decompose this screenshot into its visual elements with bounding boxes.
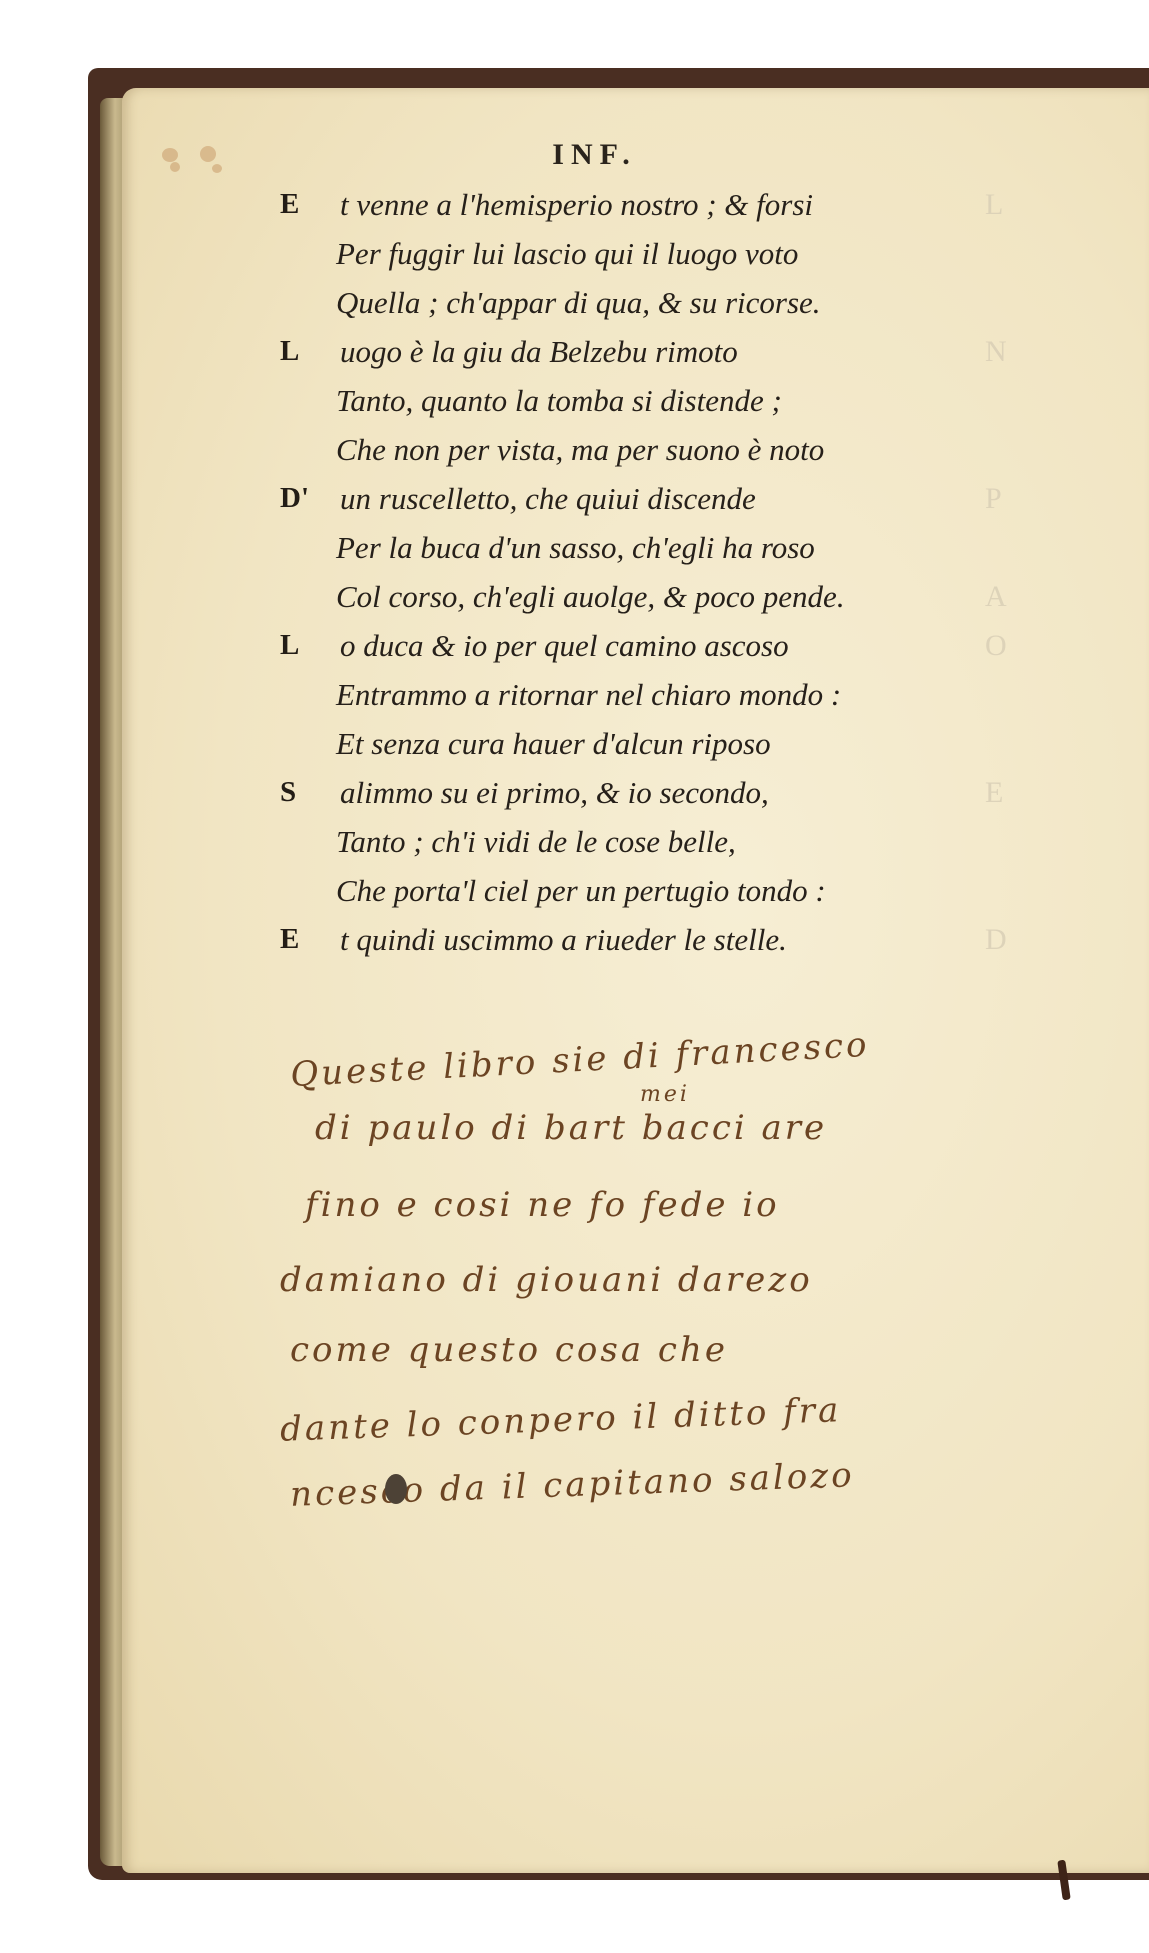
inscription-line: di paulo di bart bacci are [315,1108,827,1148]
tercet-initial: E [280,915,299,964]
verse-line: Et senza cura hauer d'alcun riposo [280,719,960,768]
verse-block: Et venne a l'hemisperio nostro ; & forsi… [280,180,960,964]
verse-line: Et venne a l'hemisperio nostro ; & forsi [280,180,960,229]
showthrough-text: LNPAOED [985,180,1045,964]
running-head: INF. [0,138,1149,172]
verse-line: Col corso, ch'egli auolge, & poco pende. [280,572,960,621]
verse-line: Che porta'l ciel per un pertugio tondo : [280,866,960,915]
verse-line: D'un ruscelletto, che quiui discende [280,474,960,523]
verse-line: Salimmo su ei primo, & io secondo, [280,768,960,817]
tercet-initial: E [280,180,299,229]
inscription-line: come questo cosa che [290,1330,728,1370]
tercet-initial: S [280,768,296,817]
tercet-initial: L [280,327,299,376]
verse-line: Che non per vista, ma per suono è noto [280,425,960,474]
inscription-superscript: mei [640,1082,690,1107]
verse-line: Luogo è la giu da Belzebu rimoto [280,327,960,376]
verse-line: Lo duca & io per quel camino ascoso [280,621,960,670]
verse-line: Entrammo a ritornar nel chiaro mondo : [280,670,960,719]
tercet-initial: L [280,621,299,670]
inscription-line: fino e cosi ne fo fede io [305,1185,780,1225]
verse-line: Quella ; ch'appar di qua, & su ricorse. [280,278,960,327]
verse-line: Tanto ; ch'i vidi de le cose belle, [280,817,960,866]
verse-line: Tanto, quanto la tomba si distende ; [280,376,960,425]
inscription-line: damiano di giouani darezo [280,1260,813,1300]
verse-line: Per fuggir lui lascio qui il luogo voto [280,229,960,278]
verse-line: Per la buca d'un sasso, ch'egli ha roso [280,523,960,572]
ink-blot [385,1474,407,1504]
verse-line: Et quindi uscimmo a riueder le stelle. [280,915,960,964]
tercet-initial: D' [280,474,309,523]
